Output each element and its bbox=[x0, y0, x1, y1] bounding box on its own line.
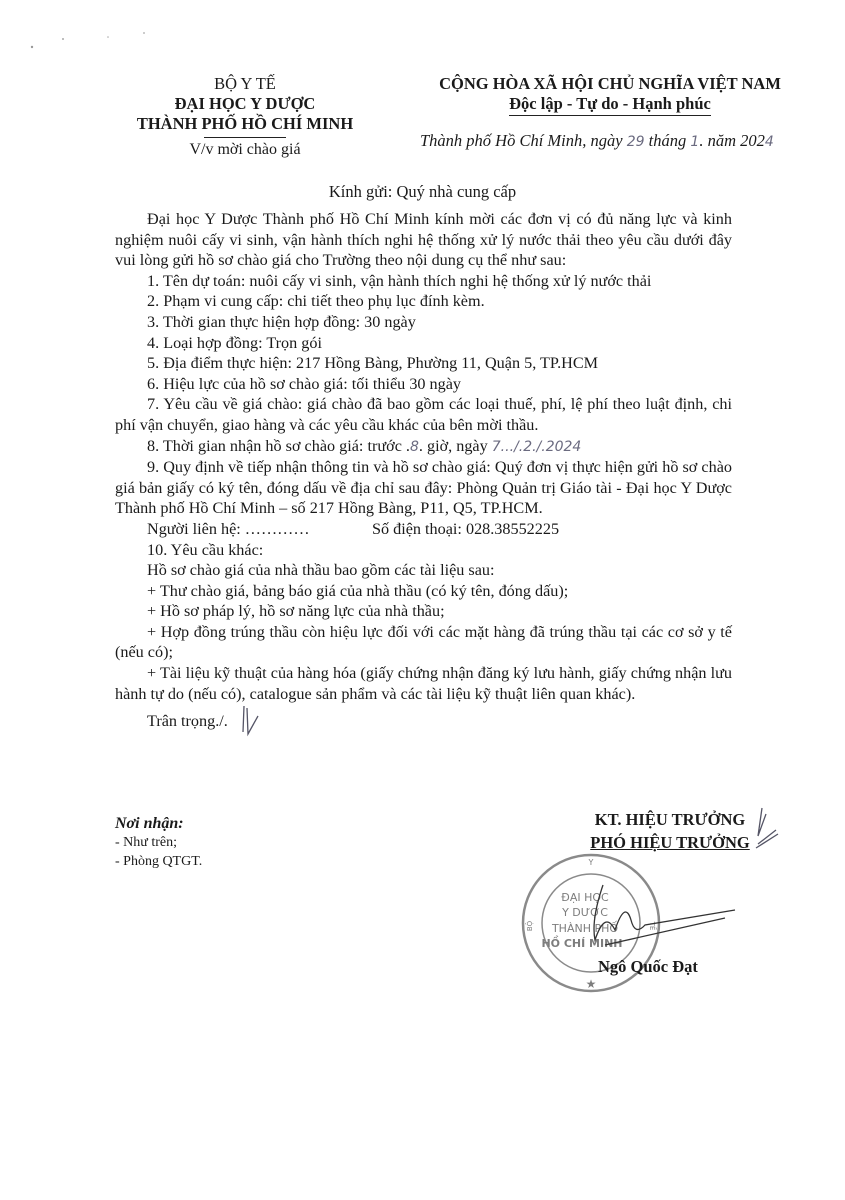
country-name: CỘNG HÒA XÃ HỘI CHỦ NGHĨA VIỆT NAM bbox=[405, 74, 815, 94]
svg-text:BỘ: BỘ bbox=[525, 920, 534, 931]
greeting: Kính gửi: Quý nhà cung cấp bbox=[0, 182, 845, 202]
item-10: 10. Yêu cầu khác: bbox=[115, 540, 732, 561]
doc-3: + Hợp đồng trúng thầu còn hiệu lực đối v… bbox=[115, 622, 732, 663]
item-9: 9. Quy định về tiếp nhận thông tin và hồ… bbox=[115, 457, 732, 519]
contact-line: Người liên hệ: …………Số điện thoại: 028.38… bbox=[115, 519, 732, 540]
scan-specks bbox=[25, 25, 165, 55]
item-7: 7. Yêu cầu về giá chào: giá chào đã bao … bbox=[115, 394, 732, 435]
item-8: 8. Thời gian nhận hồ sơ chào giá: trước … bbox=[115, 436, 732, 458]
svg-text:Y: Y bbox=[588, 858, 594, 867]
item-5: 5. Địa điểm thực hiện: 217 Hồng Bàng, Ph… bbox=[115, 353, 732, 374]
recipient-2: - Phòng QTGT. bbox=[115, 852, 202, 871]
item-3: 3. Thời gian thực hiện hợp đồng: 30 ngày bbox=[115, 312, 732, 333]
letter-body: Đại học Y Dược Thành phố Hồ Chí Minh kín… bbox=[115, 209, 732, 738]
svg-text:★: ★ bbox=[586, 977, 597, 991]
item-8-prefix: 8. Thời gian nhận hồ sơ chào giá: trước … bbox=[147, 437, 410, 455]
doc-4: + Tài liệu kỹ thuật của hàng hóa (giấy c… bbox=[115, 663, 732, 704]
handwritten-hour: 8 bbox=[410, 439, 419, 455]
intro-paragraph: Đại học Y Dược Thành phố Hồ Chí Minh kín… bbox=[115, 209, 732, 271]
contact-person: Người liên hệ: ………… bbox=[147, 519, 372, 540]
place-date: Thành phố Hồ Chí Minh, ngày 29 tháng 1. … bbox=[420, 131, 820, 151]
place-date-prefix: Thành phố Hồ Chí Minh, ngày bbox=[420, 131, 627, 150]
handwritten-signature bbox=[585, 880, 745, 960]
recipients-label: Nơi nhận: bbox=[115, 814, 202, 833]
item-2: 2. Phạm vi cung cấp: chi tiết theo phụ l… bbox=[115, 291, 732, 312]
university-name-line1: ĐẠI HỌC Y DƯỢC bbox=[100, 94, 390, 114]
closing-text: Trân trọng./. bbox=[147, 712, 228, 730]
year-label: . năm 202 bbox=[699, 131, 765, 150]
signer-name: Ngô Quốc Đạt bbox=[598, 957, 698, 977]
ministry-name: BỘ Y TẾ bbox=[100, 74, 390, 94]
recipient-1: - Như trên; bbox=[115, 833, 202, 852]
item-1: 1. Tên dự toán: nuôi cấy vi sinh, vận hà… bbox=[115, 271, 732, 292]
issuer-header: BỘ Y TẾ ĐẠI HỌC Y DƯỢC THÀNH PHỐ HỒ CHÍ … bbox=[100, 74, 390, 160]
closing: Trân trọng./. bbox=[115, 704, 732, 738]
handwritten-deadline-date: 7.../.2./.2024 bbox=[492, 439, 582, 455]
header-divider bbox=[204, 137, 286, 138]
item-6: 6. Hiệu lực của hồ sơ chào giá: tối thiể… bbox=[115, 374, 732, 395]
doc-1: + Thư chào giá, bảng báo giá của nhà thầ… bbox=[115, 581, 732, 602]
recipients: Nơi nhận: - Như trên; - Phòng QTGT. bbox=[115, 814, 202, 871]
handwritten-month: 1 bbox=[690, 134, 699, 150]
item-4: 4. Loại hợp đồng: Trọn gói bbox=[115, 333, 732, 354]
university-name-line2: THÀNH PHỐ HỒ CHÍ MINH bbox=[100, 114, 390, 134]
handwritten-year-digit: 4 bbox=[765, 134, 774, 150]
doc-2: + Hồ sơ pháp lý, hồ sơ năng lực của nhà … bbox=[115, 601, 732, 622]
item-8-mid: . giờ, ngày bbox=[419, 437, 492, 455]
national-motto: Độc lập - Tự do - Hạnh phúc bbox=[509, 94, 711, 116]
national-header: CỘNG HÒA XÃ HỘI CHỦ NGHĨA VIỆT NAM Độc l… bbox=[405, 74, 815, 116]
month-label: tháng bbox=[645, 131, 691, 150]
initials-mark-icon bbox=[238, 704, 262, 738]
document-subject: V/v mời chào giá bbox=[100, 140, 390, 160]
initials-mark-icon bbox=[752, 806, 780, 852]
handwritten-day: 29 bbox=[627, 134, 645, 150]
docs-intro: Hồ sơ chào giá của nhà thầu bao gồm các … bbox=[115, 560, 732, 581]
contact-phone: Số điện thoại: 028.38552225 bbox=[372, 519, 559, 540]
